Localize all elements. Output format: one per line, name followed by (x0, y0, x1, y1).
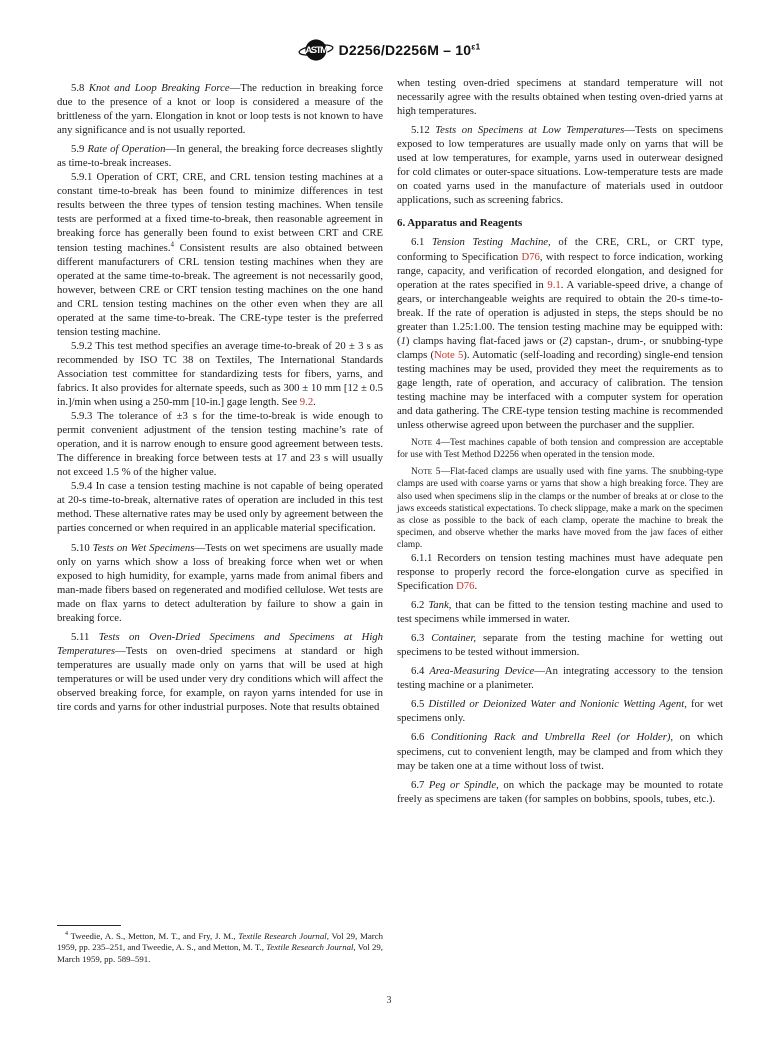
paragraph: 6.2 Tank, that can be fitted to the tens… (397, 598, 723, 626)
text-segment: Tests on Specimens at Low Temperatures (435, 124, 624, 136)
astm-logo-icon: ASTM (298, 38, 334, 62)
text-segment: 6.7 (411, 779, 429, 791)
text-segment: when testing oven-dried specimens at sta… (397, 77, 723, 117)
cross-reference-link[interactable]: D76 (522, 251, 540, 263)
document-body: 5.8 Knot and Loop Breaking Force—The red… (57, 76, 723, 806)
paragraph: 5.9.2 This test method specifies an aver… (57, 339, 383, 409)
text-segment: 6.1.1 Recorders on tension testing machi… (397, 552, 723, 592)
standard-designation-text: D2256/D2256M – 10 (339, 42, 472, 58)
text-segment: Tank, (428, 599, 451, 611)
svg-text:ASTM: ASTM (305, 45, 328, 56)
text-segment: 5.9.4 In case a tension testing machine … (57, 480, 383, 534)
left-column: 5.8 Knot and Loop Breaking Force—The red… (57, 76, 383, 806)
text-segment: 6.5 (411, 698, 428, 710)
paragraph: Note 5—Flat-faced clamps are usually use… (397, 466, 723, 551)
paragraph: 6.1.1 Recorders on tension testing machi… (397, 551, 723, 593)
cross-reference-link[interactable]: Note 5 (434, 349, 463, 361)
paragraph: 6.1 Tension Testing Machine, of the CRE,… (397, 235, 723, 432)
text-segment: Peg or Spindle, (429, 779, 499, 791)
text-segment: 6.4 (411, 665, 429, 677)
paragraph: 5.12 Tests on Specimens at Low Temperatu… (397, 123, 723, 207)
paragraph: 5.9.3 The tolerance of ±3 s for the time… (57, 409, 383, 479)
text-segment: . (474, 580, 477, 592)
footnote-block: 4 Tweedie, A. S., Metton, M. T., and Fry… (57, 925, 383, 965)
text-segment: 5.9 (71, 143, 87, 155)
text-segment: Conditioning Rack and Umbrella Reel (or … (431, 731, 673, 743)
text-segment: Consistent results are also obtained bet… (57, 242, 383, 338)
text-segment: Area-Measuring Device (429, 665, 534, 677)
text-segment: ). Automatic (self-loading and recording… (397, 349, 723, 431)
paragraph: 6.5 Distilled or Deionized Water and Non… (397, 697, 723, 725)
text-segment: —Tests on specimens exposed to low tempe… (397, 124, 723, 206)
text-segment: Knot and Loop Breaking Force (89, 82, 230, 94)
text-segment: 5.11 (71, 631, 99, 643)
text-segment: 5.12 (411, 124, 435, 136)
paragraph: 5.9.4 In case a tension testing machine … (57, 479, 383, 535)
text-segment: Textile Research Journal (238, 931, 326, 941)
text-segment: 5.9.2 This test method specifies an aver… (57, 340, 383, 408)
page-header: ASTM D2256/D2256M – 10ε1 (0, 38, 778, 62)
paragraph: 5.9 Rate of Operation—In general, the br… (57, 142, 383, 170)
text-segment: 6.6 (411, 731, 431, 743)
paragraph: 6.3 Container, separate from the testing… (397, 631, 723, 659)
text-segment: 5.8 (71, 82, 89, 94)
footnote-4: 4 Tweedie, A. S., Metton, M. T., and Fry… (57, 931, 383, 965)
paragraph: Note 4—Test machines capable of both ten… (397, 437, 723, 461)
text-segment: 6.1 (411, 236, 432, 248)
text-segment: Rate of Operation (87, 143, 165, 155)
text-segment: 6. Apparatus and Reagents (397, 217, 522, 229)
paragraph: when testing oven-dried specimens at sta… (397, 76, 723, 118)
paragraph: 6.4 Area-Measuring Device—An integrating… (397, 664, 723, 692)
text-segment: Note 4 (411, 438, 441, 448)
text-segment: 5.10 (71, 542, 93, 554)
cross-reference-link[interactable]: 9.1 (547, 279, 560, 291)
standard-designation: D2256/D2256M – 10ε1 (339, 42, 481, 58)
footnote-separator-rule (57, 925, 121, 926)
page-number: 3 (0, 995, 778, 1006)
paragraph: 6.7 Peg or Spindle, on which the package… (397, 778, 723, 806)
text-segment: Tweedie, A. S., Metton, M. T., and Fry, … (68, 931, 238, 941)
cross-reference-link[interactable]: D76 (456, 580, 474, 592)
standard-designation-superscript: ε1 (471, 41, 480, 51)
text-segment: —Test machines capable of both tension a… (397, 438, 723, 460)
text-segment: Note 5 (411, 467, 441, 477)
text-segment: 6.2 (411, 599, 428, 611)
text-segment: Tension Testing Machine, (432, 236, 551, 248)
text-segment: Tests on Wet Specimens (93, 542, 195, 554)
text-segment: . (313, 396, 316, 408)
paragraph: 5.8 Knot and Loop Breaking Force—The red… (57, 81, 383, 137)
text-segment: 5.9.3 The tolerance of ±3 s for the time… (57, 410, 383, 478)
section-heading: 6. Apparatus and Reagents (397, 216, 723, 230)
text-segment: Container, (431, 632, 476, 644)
text-segment: Textile Research Journal (266, 942, 353, 952)
paragraph: 5.11 Tests on Oven-Dried Specimens and S… (57, 630, 383, 714)
paragraph: 5.10 Tests on Wet Specimens—Tests on wet… (57, 541, 383, 625)
text-segment: ) clamps having flat-faced jaws or ( (406, 335, 563, 347)
text-segment: Distilled or Deionized Water and Nonioni… (428, 698, 686, 710)
paragraph: 5.9.1 Operation of CRT, CRE, and CRL ten… (57, 170, 383, 339)
text-segment: —Flat-faced clamps are usually used with… (397, 467, 723, 550)
right-column: when testing oven-dried specimens at sta… (397, 76, 723, 806)
paragraph: 6.6 Conditioning Rack and Umbrella Reel … (397, 730, 723, 772)
cross-reference-link[interactable]: 9.2 (300, 396, 313, 408)
text-segment: 6.3 (411, 632, 431, 644)
